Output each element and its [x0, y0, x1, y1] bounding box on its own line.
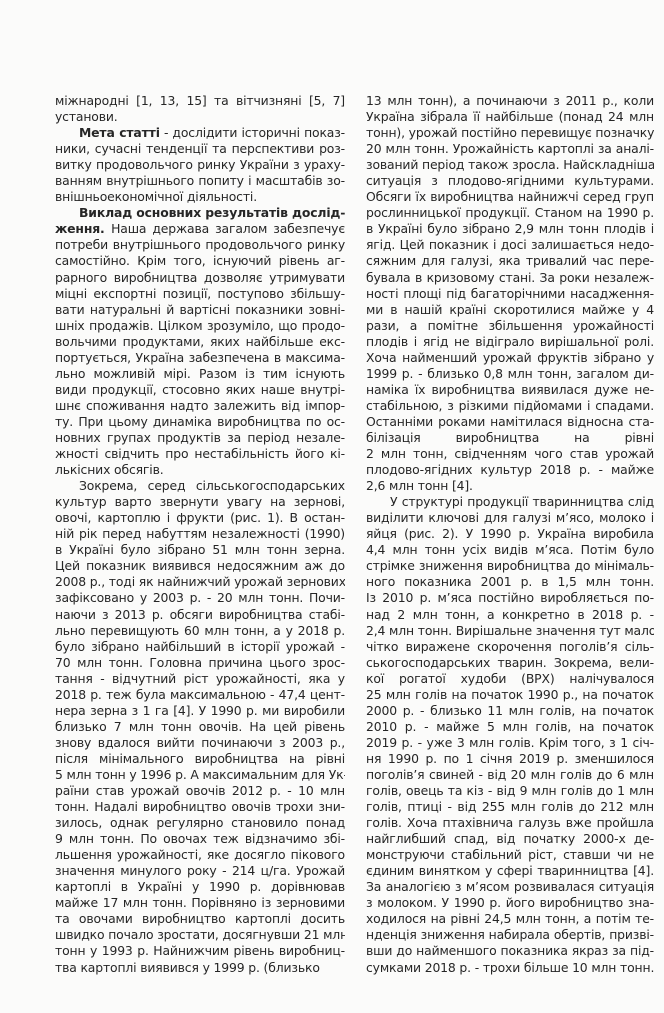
text-line: над 2 млн тонн, а конкретно в 2018 р. -	[366, 607, 654, 623]
text-line: Мета статті - дослідити історичні показ-	[55, 125, 345, 141]
text-line: шнє споживання надто залежить від імпор-	[55, 398, 345, 414]
text-line: нденція зниження набирала обертів, призв…	[366, 927, 654, 943]
text-line: жності свідчить про нестабільність його …	[55, 446, 345, 462]
text-line: 2000 р. - близько 11 млн голів, на почат…	[366, 703, 654, 719]
text-line: монструючи стабільний ріст, ставши чи не	[366, 847, 654, 863]
text-line: 9 млн тонн. По овочах теж відзначимо збі…	[55, 831, 345, 847]
text-line: Обсяги їх виробництва найнижчі серед гру…	[366, 189, 654, 205]
text-line: наміка їх виробництва виявилася дуже не-	[366, 382, 654, 398]
text-line: кої рогатої худоби (ВРХ) налічувалося	[366, 671, 654, 687]
text-line: вольчими продуктами, яких найбільше екс-	[55, 334, 345, 350]
text-line: 2019 р. - уже 3 млн голів. Крім того, з …	[366, 735, 654, 751]
text-line: внішньоекономічної діяльності.	[55, 189, 345, 205]
text-line: льшення урожайності, яке досягло піковог…	[55, 847, 345, 863]
text-line: 2018 р. теж була максимальною - 47,4 цен…	[55, 687, 345, 703]
text-line: ного показника 2001 р. в 1,5 млн тонн.	[366, 574, 654, 590]
text-line: потреби внутрішнього продовольчого ринку	[55, 237, 345, 253]
text-line: плодово-ягідних культур 2018 р. - майже	[366, 462, 654, 478]
text-line: шніх продажів. Цілком зрозуміло, що прод…	[55, 318, 345, 334]
text-line: 2 млн тонн, свідченням чого став урожай	[366, 446, 654, 462]
text-line: ження. Наша держава загалом забезпечує	[55, 221, 345, 237]
emphasis-label: Мета статті	[79, 125, 160, 140]
text-line: нера зерна з 1 га [4]. У 1990 р. ми виро…	[55, 703, 345, 719]
text-line: Хоча найменший урожай фруктів зібрано у	[366, 350, 654, 366]
text-line: та овочами виробництво картоплі досить	[55, 911, 345, 927]
text-line: швидко почало зростати, досягнувши 21 мл…	[55, 927, 345, 943]
text-line: За аналогією з м’ясом розвивалася ситуац…	[366, 879, 654, 895]
text-line: ми в нашій країні скоротилися майже у 4	[366, 302, 654, 318]
text-line: тонн у 1993 р. Найнижчим рівень виробниц…	[55, 943, 345, 959]
text-line: найглибший спад, від початку 2000-х де-	[366, 831, 654, 847]
text-line: раїни став урожай овочів 2012 р. - 10 мл…	[55, 783, 345, 799]
text-line: з молоком. У 1990 р. його виробництво зн…	[366, 895, 654, 911]
text-line: 25 млн голів на початок 1990 р., на поча…	[366, 687, 654, 703]
text-line: 1999 р. - близько 0,8 млн тонн, загалом …	[366, 366, 654, 382]
text-line: 2008 р., тоді як найнижчий урожай зернов…	[55, 574, 345, 590]
text-line: голів, овець та кіз - від 9 млн голів до…	[366, 783, 654, 799]
text-line: льно можливій мірі. Разом із тим існують	[55, 366, 345, 382]
text-line: виділити ключові для галузі м’ясо, молок…	[366, 510, 654, 526]
text-line: поголів’я свиней - від 20 млн голів до 6…	[366, 767, 654, 783]
text-line: тва картоплі виявився у 1999 р. (близько	[55, 960, 345, 976]
text-line: міжнародні [1, 13, 15] та вітчизняні [5,…	[55, 93, 345, 109]
text-line: голів. Хоча птахівнича галузь вже пройшл…	[366, 815, 654, 831]
text-line: ськогосподарських тварин. Зокрема, вели-	[366, 655, 654, 671]
text-line: установи.	[55, 109, 345, 125]
text-line: ня 1990 р. по 1 січня 2019 р. зменшилося	[366, 751, 654, 767]
text-line: знову вдалося вийти починаючи з 2003 р.,	[55, 735, 345, 751]
text-line: стабільною, з різкими підйомами і спадам…	[366, 398, 654, 414]
text-line: сяжним для галузі, яка тривалий час пере…	[366, 253, 654, 269]
text-line: ягід. Цей показник і досі залишається не…	[366, 237, 654, 253]
text-line: в Україні було зібрано 2,9 млн тонн плод…	[366, 221, 654, 237]
text-line: ту. При цьому динаміка виробництва по ос…	[55, 414, 345, 430]
text-line: близько 7 млн тонн овочів. На цей рівень	[55, 719, 345, 735]
emphasis-label: ження.	[55, 221, 111, 236]
text-line: культур варто звернути увагу на зернові,	[55, 494, 345, 510]
text-line: 2,6 млн тонн [4].	[366, 478, 654, 494]
text-line: голів, птиці - від 255 млн голів до 212 …	[366, 799, 654, 815]
right-column: 13 млн тонн), а починаючи з 2011 р., кол…	[366, 93, 654, 976]
text-line: плодів і ягід не відіграло вирішальної р…	[366, 334, 654, 350]
text-line: ній рік перед набуттям незалежності (199…	[55, 526, 345, 542]
text-line: Останніми роками намітилася відносна ста…	[366, 414, 654, 430]
text-line: 13 млн тонн), а починаючи з 2011 р., кол…	[366, 93, 654, 109]
text-line: Виклад основних результатів дослід-	[55, 205, 345, 221]
text-line: ники, сучасні тенденції та перспективи р…	[55, 141, 345, 157]
text-line: єдиним винятком у сфері тваринництва [4]…	[366, 863, 654, 879]
text-line: У структурі продукції тваринництва слід	[366, 494, 654, 510]
text-line: зований період також зросла. Найскладніш…	[366, 157, 654, 173]
text-line: ходилося на рівні 24,5 млн тонн, а потім…	[366, 911, 654, 927]
text-line: яйця (рис. 2). У 1990 р. Україна виробил…	[366, 526, 654, 542]
left-column: міжнародні [1, 13, 15] та вітчизняні [5,…	[55, 93, 345, 976]
text-line: 2010 р. - майже 5 млн голів, на початок	[366, 719, 654, 735]
text-line: новних групах продуктів за період незале…	[55, 430, 345, 446]
text-line: самостійно. Крім того, існуючий рівень а…	[55, 253, 345, 269]
text-line: лькісних обсягів.	[55, 462, 345, 478]
text-line: рарного виробництва дозволяє утримувати	[55, 270, 345, 286]
text-line: тання - відчутний ріст урожайності, яка …	[55, 671, 345, 687]
text-line: було зібрано найбільший в історії урожай…	[55, 639, 345, 655]
text-line: стрімке зниження виробництва до мінімаль…	[366, 558, 654, 574]
text-line: 2,4 млн тонн. Вирішальне значення тут ма…	[366, 623, 654, 639]
text-line: Цей показник виявився недосяжним аж до	[55, 558, 345, 574]
text-line: види продукції, стосовно яких наше внутр…	[55, 382, 345, 398]
text-line: білізація виробництва на рівні	[366, 430, 654, 446]
text-line: Зокрема, серед сільськогосподарських	[55, 478, 345, 494]
text-line: 5 млн тонн у 1996 р. А максимальним для …	[55, 767, 345, 783]
text-line: ності площі під багаторічними насадження…	[366, 286, 654, 302]
text-line: ситуація з плодово-ягідними культурами.	[366, 173, 654, 189]
text-line: льно перевищують 60 млн тонн, а у 2018 р…	[55, 623, 345, 639]
text-line: майже 17 млн тонн. Порівняно із зерновим…	[55, 895, 345, 911]
emphasis-label: Виклад основних результатів дослід-	[79, 205, 345, 220]
text-line: зилось, однак регулярно становило понад	[55, 815, 345, 831]
text-line: 70 млн тонн. Головна причина цього зрос-	[55, 655, 345, 671]
text-line: вати натуральні й вартісні показники зов…	[55, 302, 345, 318]
text-line: рослинницької продукції. Станом на 1990 …	[366, 205, 654, 221]
text-line: ванням внутрішнього попиту і масштабів з…	[55, 173, 345, 189]
text-line: рази, а помітне збільшення урожайності	[366, 318, 654, 334]
text-line: 20 млн тонн. Урожайність картоплі за ана…	[366, 141, 654, 157]
text-line: тонн. Надалі виробництво овочів трохи зн…	[55, 799, 345, 815]
text-line: в Україні було зібрано 51 млн тонн зерна…	[55, 542, 345, 558]
text-line: Україна зібрала її найбільше (понад 24 м…	[366, 109, 654, 125]
text-line: сумками 2018 р. - трохи більше 10 млн то…	[366, 960, 654, 976]
text-line: овочі, картоплю і фрукти (рис. 1). В ост…	[55, 510, 345, 526]
text-line: чітко виражене скорочення поголів’я сіль…	[366, 639, 654, 655]
text-line: наючи з 2013 р. обсяги виробництва стабі…	[55, 607, 345, 623]
text-line: портується, Україна забезпечена в максим…	[55, 350, 345, 366]
text-line: тонн), урожай постійно перевищує позначк…	[366, 125, 654, 141]
text-line: міцні експортні позиції, поступово збіль…	[55, 286, 345, 302]
text-line: зафіксовано у 2003 р. - 20 млн тонн. Поч…	[55, 590, 345, 606]
text-line: вши до найменшого показника якраз за під…	[366, 943, 654, 959]
text-line: Із 2010 р. м’яса постійно виробляється п…	[366, 590, 654, 606]
text-line: витку продовольчого ринку України з урах…	[55, 157, 345, 173]
text-line: 4,4 млн тонн усіх видів м’яса. Потім бул…	[366, 542, 654, 558]
text-line: після мінімального виробництва на рівні	[55, 751, 345, 767]
text-line: значення минулого року - 214 ц/га. Урожа…	[55, 863, 345, 879]
text-line: бувала в кризовому стані. За роки незале…	[366, 270, 654, 286]
text-line: картоплі в Україні у 1990 р. дорівнював	[55, 879, 345, 895]
paper-page: міжнародні [1, 13, 15] та вітчизняні [5,…	[0, 0, 664, 1013]
